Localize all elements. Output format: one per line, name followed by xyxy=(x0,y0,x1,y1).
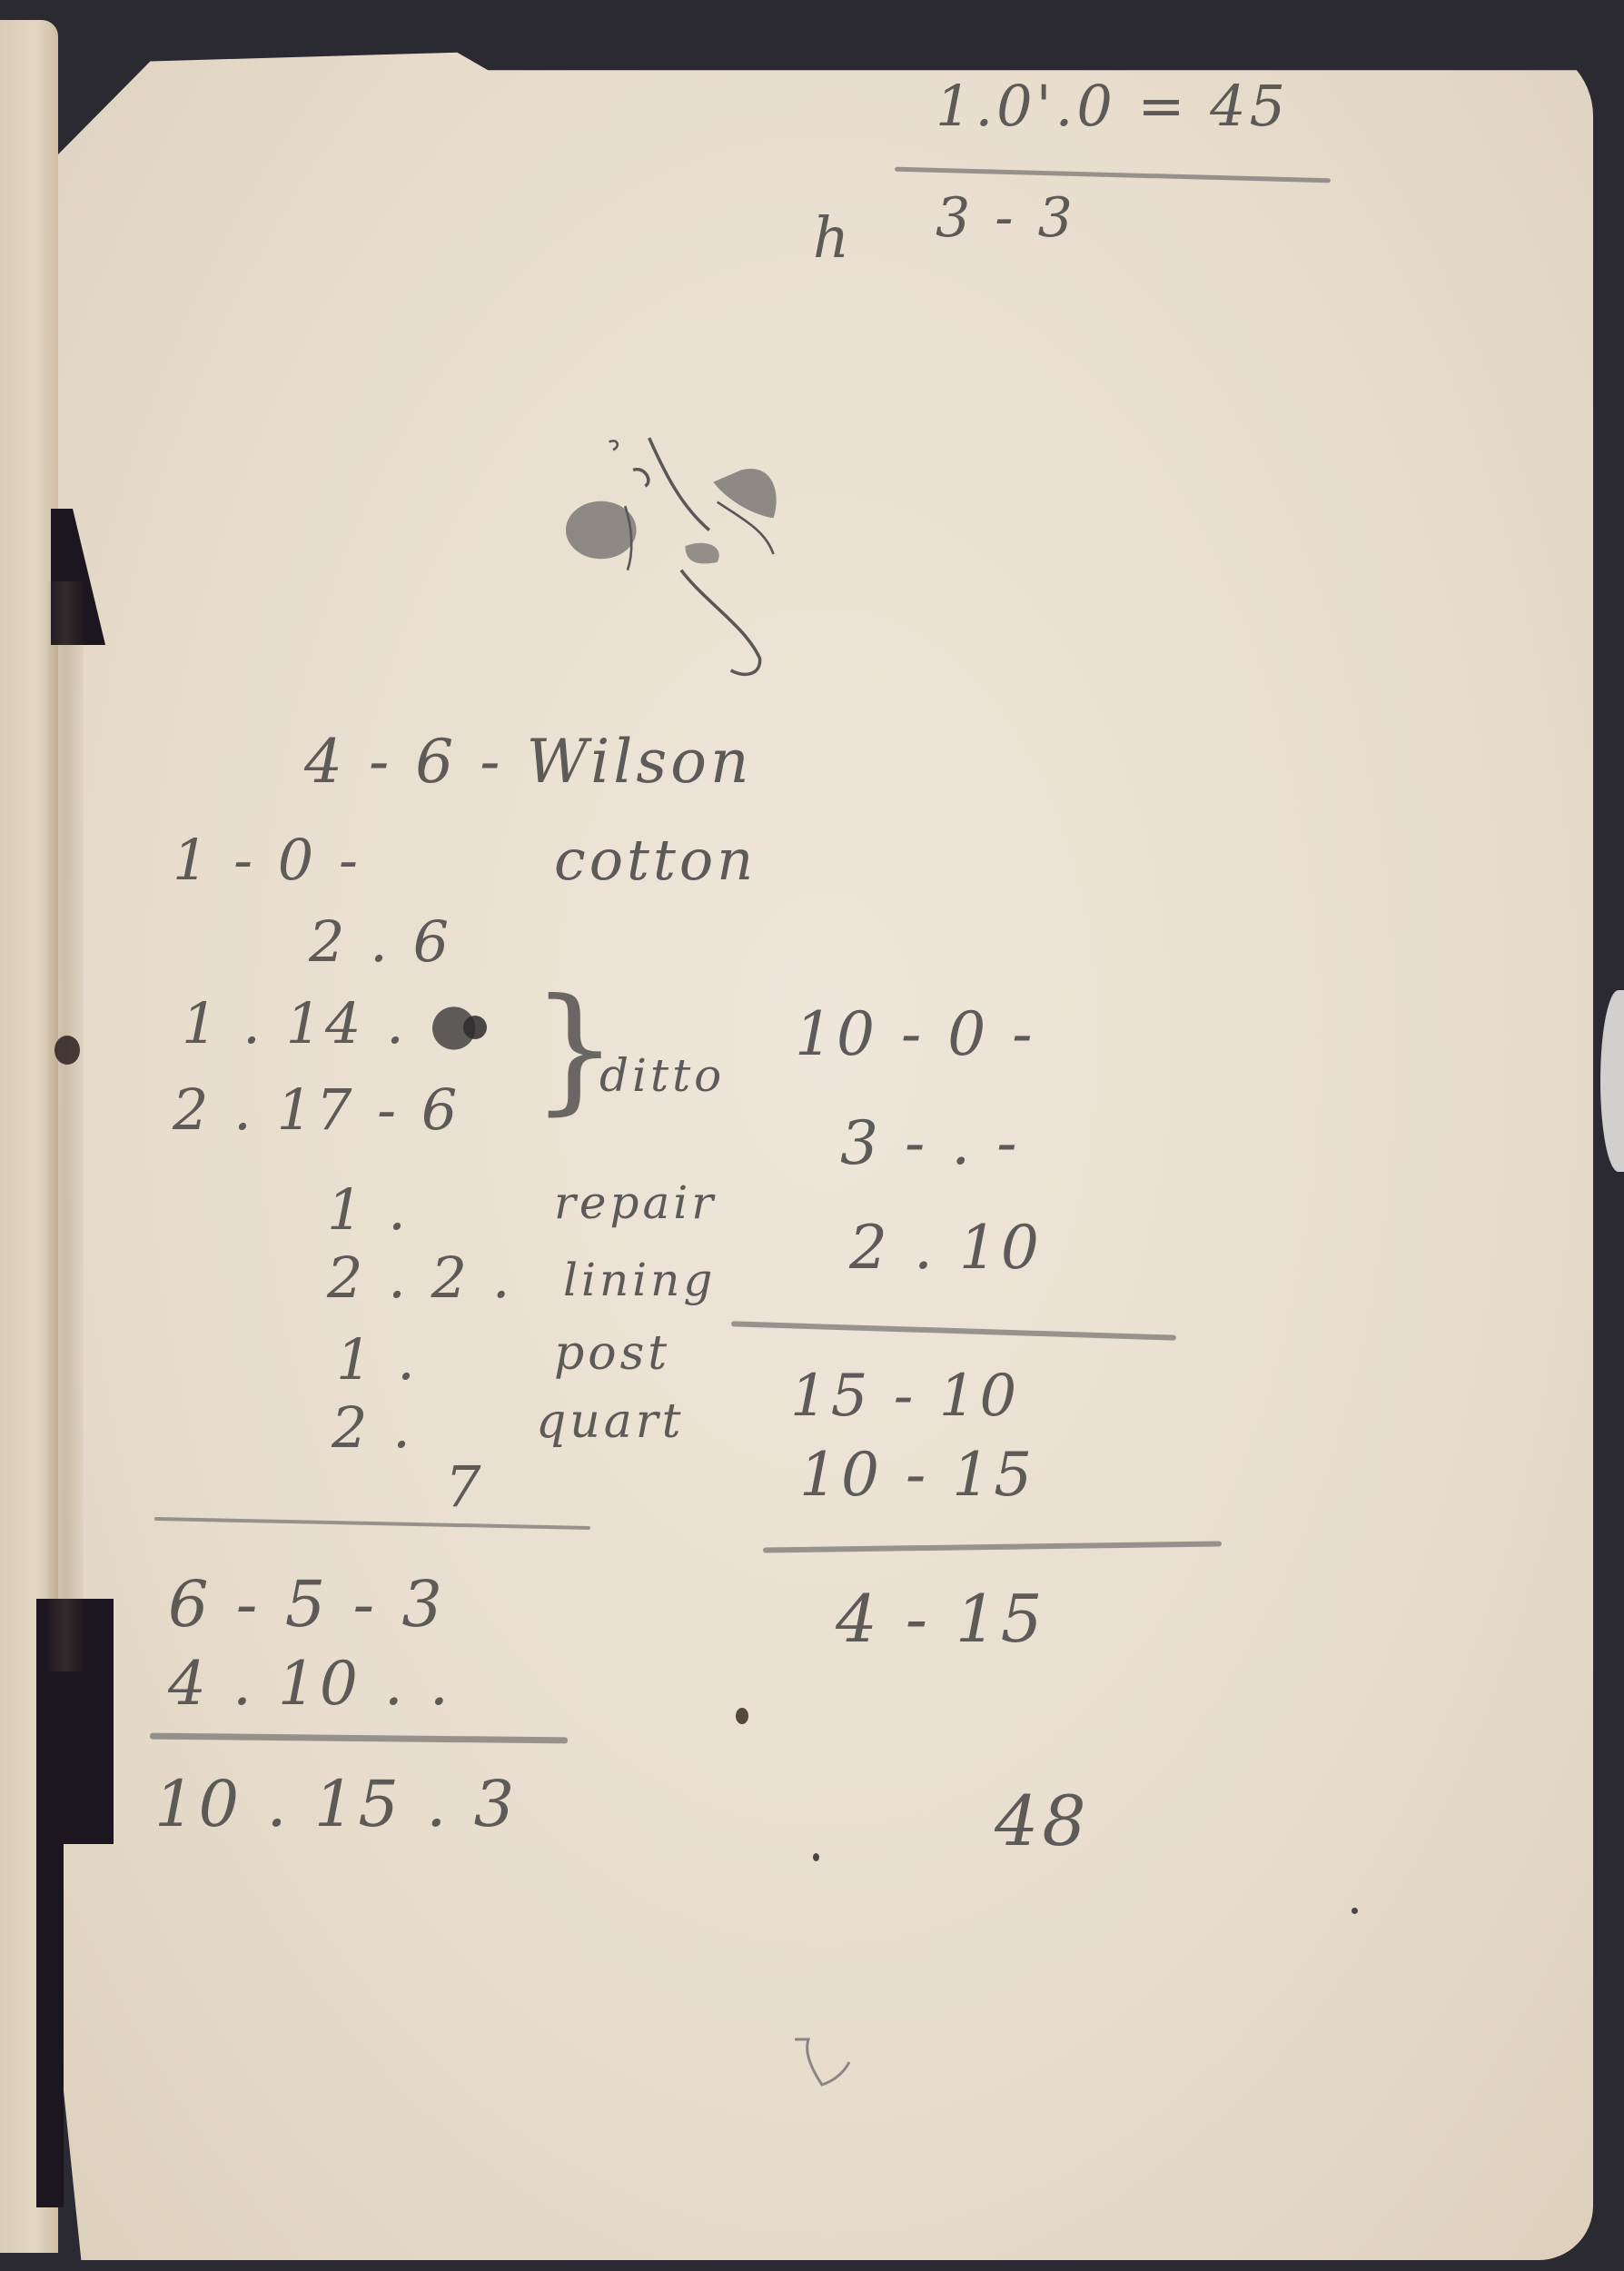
left-entry-amount: 2 . 6 xyxy=(309,908,452,975)
left-entry-amount: 1 . xyxy=(336,1326,419,1393)
ink-dot xyxy=(736,1708,748,1724)
left-entry-label: lining xyxy=(563,1254,716,1306)
top-note-line1: 1.0'.0 = 45 xyxy=(936,73,1289,139)
right-result: 4 - 15 xyxy=(836,1581,1046,1657)
left-added: 4 . 10 . . xyxy=(168,1649,452,1719)
notebook-page xyxy=(58,44,1593,2260)
left-entry-amount: 2 . 17 - 6 xyxy=(173,1076,460,1143)
left-subtotal: 6 - 5 - 3 xyxy=(168,1567,446,1641)
tick-mark: 7 xyxy=(445,1453,484,1520)
right-entry: 2 . 10 xyxy=(849,1213,1043,1283)
left-entry-amount: 1 . xyxy=(327,1176,410,1243)
left-entry-label: repair xyxy=(554,1176,717,1229)
ink-dot xyxy=(463,1016,487,1039)
page-tab xyxy=(1600,990,1624,1172)
spine-shadow xyxy=(47,581,84,1671)
right-sum: 15 - 10 xyxy=(790,1363,1020,1430)
right-minus: 10 - 15 xyxy=(799,1440,1035,1510)
left-header: 4 - 6 - Wilson xyxy=(304,727,753,797)
pencil-sketch-icon xyxy=(545,418,817,690)
left-entry-amount: 1 - 0 - xyxy=(173,827,361,893)
left-entry-amount: 2 . xyxy=(332,1394,414,1461)
torn-corner-lower xyxy=(36,1844,64,2207)
ink-dot xyxy=(813,1853,819,1861)
left-entry-label: post xyxy=(554,1326,670,1381)
right-entry: 10 - 0 - xyxy=(795,999,1036,1069)
faint-curve-mark-icon xyxy=(786,2035,858,2098)
bottom-note: 48 xyxy=(995,1780,1090,1861)
right-entry: 3 - . - xyxy=(840,1108,1021,1178)
binding-spot xyxy=(54,1036,80,1065)
top-note-margin-mark: h xyxy=(813,204,853,271)
left-entry-amount: 1 . 14 . ● xyxy=(182,990,482,1056)
top-note-line2: 3 - 3 xyxy=(936,186,1076,250)
left-entry-label: cotton xyxy=(554,827,757,893)
left-entry-amount: 2 . 2 . xyxy=(327,1245,513,1311)
left-total: 10 . 15 . 3 xyxy=(154,1767,518,1841)
ink-dot xyxy=(1352,1908,1358,1914)
left-entry-label: quart xyxy=(536,1394,685,1449)
brace-label: ditto xyxy=(599,1049,725,1102)
